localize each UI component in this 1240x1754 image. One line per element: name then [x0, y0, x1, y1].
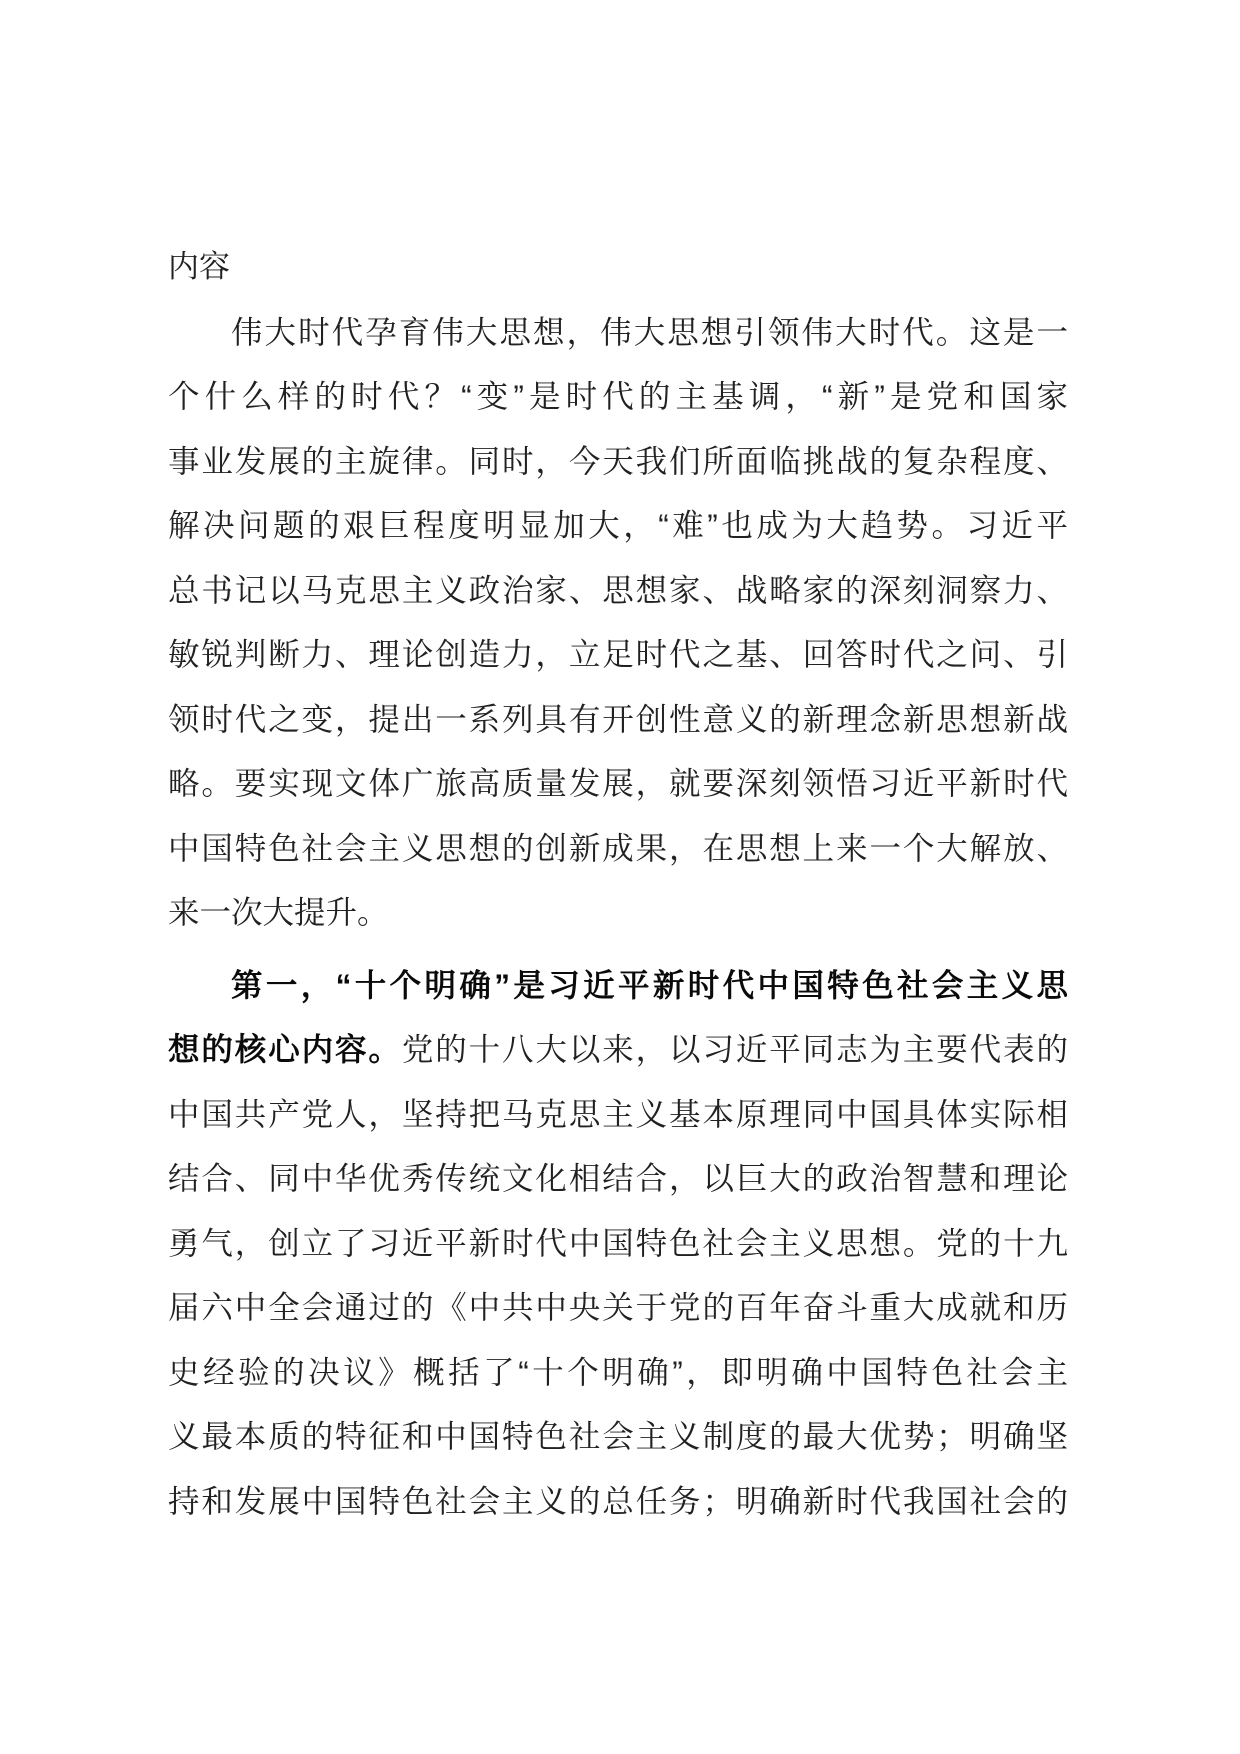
- text-line: 总书记以马克思主义政治家、思想家、战略家的深刻洞察力、: [168, 558, 1068, 623]
- text-run: 略。要实现文体广旅高质量发展，就要深刻领悟习近平新时代: [168, 765, 1068, 801]
- text-line: 史经验的决议》概括了“十个明确”，即明确中国特色社会主: [168, 1340, 1068, 1405]
- text-line: 勇气，创立了习近平新时代中国特色社会主义思想。党的十九: [168, 1211, 1068, 1276]
- text-run: 中国共产党人，坚持把马克思主义基本原理同中国具体实际相: [168, 1096, 1068, 1132]
- text-line: 来一次大提升。: [168, 880, 1068, 945]
- text-line: 敏锐判断力、理论创造力，立足时代之基、回答时代之问、引: [168, 622, 1068, 687]
- text-run: 中国特色社会主义思想的创新成果，在思想上来一个大解放、: [168, 830, 1068, 866]
- text-line: 中国共产党人，坚持把马克思主义基本原理同中国具体实际相: [168, 1082, 1068, 1147]
- text-line: 伟大时代孕育伟大思想，伟大思想引领伟大时代。这是一: [168, 300, 1068, 365]
- text-run: 来一次大提升。: [168, 894, 389, 930]
- bold-text-run: 想的核心内容。: [168, 1031, 402, 1067]
- section-heading: 内容: [168, 235, 1068, 300]
- document-body: 内容 伟大时代孕育伟大思想，伟大思想引领伟大时代。这是一个什么样的时代？“变”是…: [168, 235, 1068, 1533]
- text-line: 中国特色社会主义思想的创新成果，在思想上来一个大解放、: [168, 816, 1068, 881]
- text-line: 届六中全会通过的《中共中央关于党的百年奋斗重大成就和历: [168, 1275, 1068, 1340]
- text-line: 略。要实现文体广旅高质量发展，就要深刻领悟习近平新时代: [168, 751, 1068, 816]
- text-run: 敏锐判断力、理论创造力，立足时代之基、回答时代之问、引: [168, 636, 1068, 672]
- text-line: 持和发展中国特色社会主义的总任务；明确新时代我国社会的: [168, 1469, 1068, 1534]
- text-line: 结合、同中华优秀传统文化相结合，以巨大的政治智慧和理论: [168, 1146, 1068, 1211]
- paragraph-intro: 伟大时代孕育伟大思想，伟大思想引领伟大时代。这是一个什么样的时代？“变”是时代的…: [168, 300, 1068, 945]
- text-run: 届六中全会通过的《中共中央关于党的百年奋斗重大成就和历: [168, 1289, 1068, 1325]
- text-run: 勇气，创立了习近平新时代中国特色社会主义思想。党的十九: [168, 1225, 1068, 1261]
- text-run: 史经验的决议》概括了“十个明确”，即明确中国特色社会主: [168, 1354, 1068, 1390]
- text-run: 结合、同中华优秀传统文化相结合，以巨大的政治智慧和理论: [168, 1160, 1068, 1196]
- text-run: 解决问题的艰巨程度明显加大，“难”也成为大趋势。习近平: [168, 507, 1068, 543]
- text-run: 领时代之变，提出一系列具有开创性意义的新理念新思想新战: [168, 701, 1068, 737]
- text-run: 伟大时代孕育伟大思想，伟大思想引领伟大时代。这是一: [231, 314, 1068, 350]
- text-run: 党的十八大以来，以习近平同志为主要代表的: [402, 1031, 1068, 1067]
- text-line: 事业发展的主旋律。同时，今天我们所面临挑战的复杂程度、: [168, 429, 1068, 494]
- text-line: 解决问题的艰巨程度明显加大，“难”也成为大趋势。习近平: [168, 493, 1068, 558]
- text-line: 个什么样的时代？“变”是时代的主基调，“新”是党和国家: [168, 364, 1068, 429]
- text-run: 事业发展的主旋律。同时，今天我们所面临挑战的复杂程度、: [168, 443, 1068, 479]
- text-line: 义最本质的特征和中国特色社会主义制度的最大优势；明确坚: [168, 1404, 1068, 1469]
- text-run: 个什么样的时代？“变”是时代的主基调，“新”是党和国家: [168, 378, 1068, 414]
- document-page: 内容 伟大时代孕育伟大思想，伟大思想引领伟大时代。这是一个什么样的时代？“变”是…: [0, 0, 1240, 1754]
- text-run: 持和发展中国特色社会主义的总任务；明确新时代我国社会的: [168, 1483, 1068, 1519]
- paragraph-first-point: 第一，“十个明确”是习近平新时代中国特色社会主义思想的核心内容。党的十八大以来，…: [168, 953, 1068, 1534]
- text-line: 领时代之变，提出一系列具有开创性意义的新理念新思想新战: [168, 687, 1068, 752]
- paragraph-container: 伟大时代孕育伟大思想，伟大思想引领伟大时代。这是一个什么样的时代？“变”是时代的…: [168, 300, 1068, 1534]
- text-line: 第一，“十个明确”是习近平新时代中国特色社会主义思: [168, 953, 1068, 1018]
- text-line: 想的核心内容。党的十八大以来，以习近平同志为主要代表的: [168, 1017, 1068, 1082]
- bold-text-run: 第一，“十个明确”是习近平新时代中国特色社会主义思: [231, 967, 1068, 1003]
- text-run: 义最本质的特征和中国特色社会主义制度的最大优势；明确坚: [168, 1418, 1068, 1454]
- text-run: 总书记以马克思主义政治家、思想家、战略家的深刻洞察力、: [168, 572, 1068, 608]
